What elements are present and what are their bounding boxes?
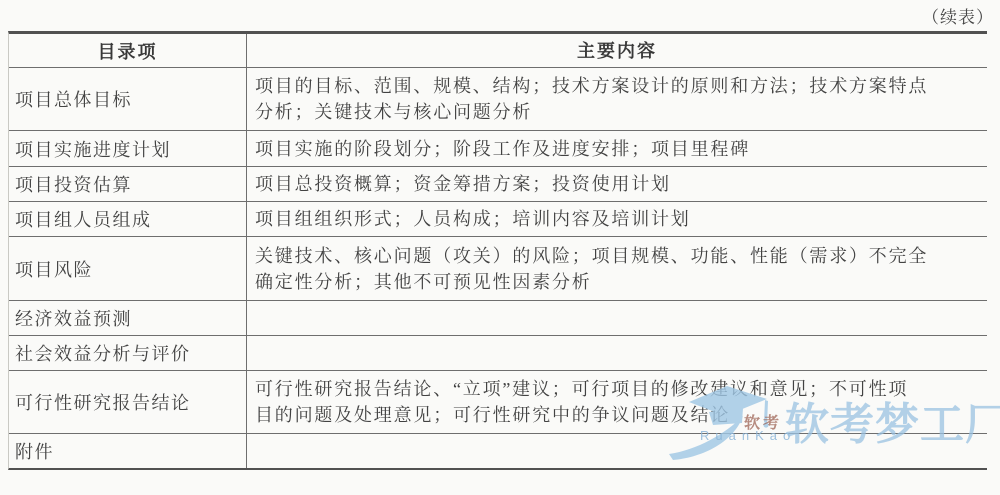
continued-table-label: （续表） (922, 3, 994, 28)
row-item-label: 附件 (9, 434, 247, 468)
table-row: 项目投资估算 项目总投资概算；资金筹措方案；投资使用计划 (9, 167, 987, 202)
table-row: 项目实施进度计划 项目实施的阶段划分；阶段工作及进度安排；项目里程碑 (9, 131, 987, 167)
row-content: 可行性研究报告结论、“立项”建议；可行项目的修改建议和意见；不可性项 目的问题及… (247, 371, 987, 433)
table-row: 附件 (9, 434, 987, 468)
row-item-label: 项目风险 (9, 237, 247, 300)
row-content: 项目组组织形式；人员构成；培训内容及培训计划 (247, 202, 987, 236)
row-content (247, 336, 987, 370)
row-content (247, 301, 987, 335)
row-content: 项目总投资概算；资金筹措方案；投资使用计划 (247, 167, 987, 201)
row-content: 项目的目标、范围、规模、结构；技术方案设计的原则和方法；技术方案特点 分析；关键… (247, 68, 987, 130)
column-header-item: 目录项 (9, 34, 247, 67)
column-header-content: 主要内容 (247, 34, 987, 67)
table-row: 项目组人员组成 项目组组织形式；人员构成；培训内容及培训计划 (9, 202, 987, 237)
row-item-label: 项目投资估算 (9, 167, 247, 201)
table-row: 可行性研究报告结论 可行性研究报告结论、“立项”建议；可行项目的修改建议和意见；… (9, 371, 987, 434)
row-item-label: 项目实施进度计划 (9, 131, 247, 166)
row-item-label: 可行性研究报告结论 (9, 371, 247, 433)
table-row: 项目总体目标 项目的目标、范围、规模、结构；技术方案设计的原则和方法；技术方案特… (9, 68, 987, 131)
row-item-label: 项目总体目标 (9, 68, 247, 130)
row-item-label: 社会效益分析与评价 (9, 336, 247, 370)
row-item-label: 项目组人员组成 (9, 202, 247, 236)
row-content (247, 434, 987, 468)
table-row: 项目风险 关键技术、核心问题（攻关）的风险；项目规模、功能、性能（需求）不完全 … (9, 237, 987, 301)
table-row: 社会效益分析与评价 (9, 336, 987, 371)
row-content: 关键技术、核心问题（攻关）的风险；项目规模、功能、性能（需求）不完全 确定性分析… (247, 237, 987, 300)
row-item-label: 经济效益预测 (9, 301, 247, 335)
table-row: 经济效益预测 (9, 301, 987, 336)
catalog-table: 目录项 主要内容 项目总体目标 项目的目标、范围、规模、结构；技术方案设计的原则… (8, 31, 987, 470)
table-header-row: 目录项 主要内容 (9, 34, 987, 68)
row-content: 项目实施的阶段划分；阶段工作及进度安排；项目里程碑 (247, 131, 987, 166)
